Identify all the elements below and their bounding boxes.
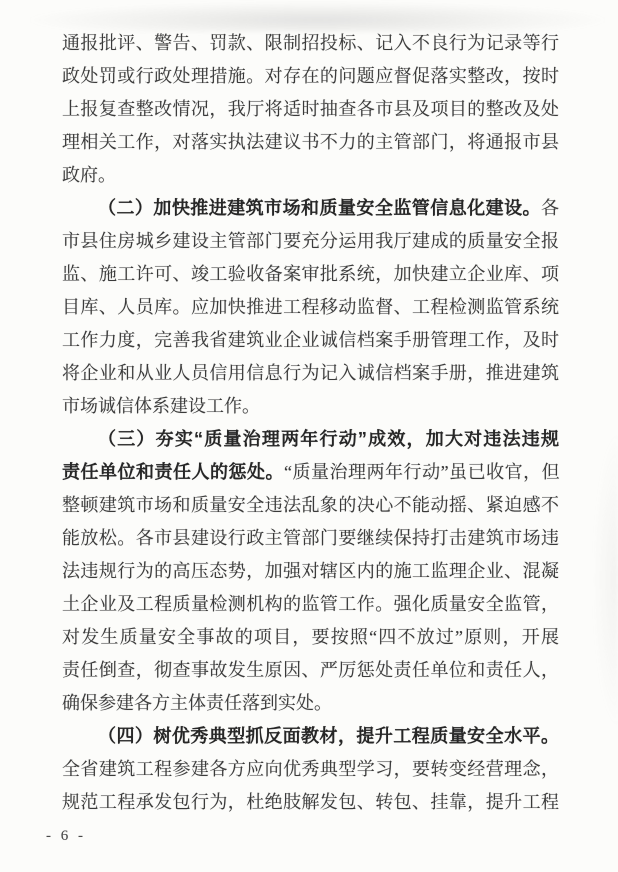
text-line: 通报批评、警告、罚款、限制招投标、记入不良行为记录等行 bbox=[62, 27, 559, 60]
text-segment: 将企业和从业人员信用信息行为记入诚信档案手册，推进建筑 bbox=[62, 363, 559, 383]
paragraph: （二）加快推进建筑市场和质量安全监管信息化建设。各 市县住房城乡建设主管部门要充… bbox=[62, 192, 559, 423]
text-segment: 目库、人员库。应加快推进工程移动监督、工程检测监管系统 bbox=[62, 297, 559, 317]
paragraph: （四）树优秀典型抓反面教材，提升工程质量安全水平。 全省建筑工程参建各方应向优秀… bbox=[62, 720, 559, 819]
text-segment: 确保参建各方主体责任落到实处。 bbox=[62, 693, 332, 713]
text-line: （四）树优秀典型抓反面教材，提升工程质量安全水平。 bbox=[62, 720, 559, 753]
text-segment: 市场诚信体系建设工作。 bbox=[62, 396, 260, 416]
text-segment: 监、施工许可、竣工验收备案审批系统，加快建立企业库、项 bbox=[62, 264, 559, 284]
text-segment: 工作力度，完善我省建筑业企业诚信档案手册管理工作，及时 bbox=[62, 330, 559, 350]
heading-segment: （三）夯实“质量治理两年行动”成效，加大对违法违规 bbox=[98, 429, 559, 449]
text-segment: 通报批评、警告、罚款、限制招投标、记入不良行为记录等行 bbox=[62, 33, 559, 53]
text-line: 市县住房城乡建设主管部门要充分运用我厅建成的质量安全报 bbox=[62, 225, 559, 258]
text-line: 责任单位和责任人的惩处。“质量治理两年行动”虽已收官，但 bbox=[62, 456, 559, 489]
text-line: 能放松。各市县建设行政主管部门要继续保持打击建筑市场违 bbox=[62, 522, 559, 555]
text-segment: “质量治理两年行动”虽已收官，但 bbox=[284, 462, 559, 482]
text-line: 目库、人员库。应加快推进工程移动监督、工程检测监管系统 bbox=[62, 291, 559, 324]
text-segment: 规范工程承发包行为，杜绝肢解发包、转包、挂靠，提升工程 bbox=[62, 792, 559, 812]
text-line: 市场诚信体系建设工作。 bbox=[62, 390, 559, 423]
text-segment: 法违规行为的高压态势，加强对辖区内的施工监理企业、混凝 bbox=[62, 561, 559, 581]
text-line: 政处罚或行政处理措施。对存在的问题应督促落实整改，按时 bbox=[62, 60, 559, 93]
text-line: 规范工程承发包行为，杜绝肢解发包、转包、挂靠，提升工程 bbox=[62, 786, 559, 819]
document-page: 通报批评、警告、罚款、限制招投标、记入不良行为记录等行 政处罚或行政处理措施。对… bbox=[0, 0, 618, 872]
text-line: （三）夯实“质量治理两年行动”成效，加大对违法违规 bbox=[62, 423, 559, 456]
heading-segment: （二）加快推进建筑市场和质量安全监管信息化建设。 bbox=[98, 198, 541, 218]
paragraph: 通报批评、警告、罚款、限制招投标、记入不良行为记录等行 政处罚或行政处理措施。对… bbox=[62, 27, 559, 192]
text-segment: 上报复查整改情况，我厅将适时抽查各市县及项目的整改及处 bbox=[62, 99, 559, 119]
text-line: 理相关工作，对落实执法建议书不力的主管部门，将通报市县 bbox=[62, 126, 559, 159]
text-line: 对发生质量安全事故的项目，要按照“四不放过”原则，开展 bbox=[62, 621, 559, 654]
text-segment: 政处罚或行政处理措施。对存在的问题应督促落实整改，按时 bbox=[62, 66, 559, 86]
text-line: 土企业及工程质量检测机构的监管工作。强化质量安全监管， bbox=[62, 588, 559, 621]
text-line: 将企业和从业人员信用信息行为记入诚信档案手册，推进建筑 bbox=[62, 357, 559, 390]
heading-segment: （四）树优秀典型抓反面教材，提升工程质量安全水平。 bbox=[98, 726, 559, 746]
text-segment: 对发生质量安全事故的项目，要按照“四不放过”原则，开展 bbox=[62, 627, 559, 647]
text-line: 监、施工许可、竣工验收备案审批系统，加快建立企业库、项 bbox=[62, 258, 559, 291]
text-line: 法违规行为的高压态势，加强对辖区内的施工监理企业、混凝 bbox=[62, 555, 559, 588]
text-segment: 土企业及工程质量检测机构的监管工作。强化质量安全监管， bbox=[62, 594, 559, 614]
scan-artifact-right bbox=[592, 430, 618, 730]
text-segment: 市县住房城乡建设主管部门要充分运用我厅建成的质量安全报 bbox=[62, 231, 559, 251]
text-segment: 各 bbox=[541, 198, 559, 218]
text-segment: 全省建筑工程参建各方应向优秀典型学习，要转变经营理念， bbox=[62, 759, 559, 779]
text-line: 整顿建筑市场和质量安全违法乱象的决心不能动摇、紧迫感不 bbox=[62, 489, 559, 522]
text-line: 上报复查整改情况，我厅将适时抽查各市县及项目的整改及处 bbox=[62, 93, 559, 126]
text-segment: 整顿建筑市场和质量安全违法乱象的决心不能动摇、紧迫感不 bbox=[62, 495, 559, 515]
text-line: 全省建筑工程参建各方应向优秀典型学习，要转变经营理念， bbox=[62, 753, 559, 786]
heading-segment: 责任单位和责任人的惩处。 bbox=[62, 462, 284, 482]
text-segment: 能放松。各市县建设行政主管部门要继续保持打击建筑市场违 bbox=[62, 528, 559, 548]
document-body: 通报批评、警告、罚款、限制招投标、记入不良行为记录等行 政处罚或行政处理措施。对… bbox=[62, 27, 559, 819]
text-line: 责任倒查，彻查事故发生原因、严厉惩处责任单位和责任人， bbox=[62, 654, 559, 687]
text-line: （二）加快推进建筑市场和质量安全监管信息化建设。各 bbox=[62, 192, 559, 225]
text-line: 政府。 bbox=[62, 159, 559, 192]
text-segment: 理相关工作，对落实执法建议书不力的主管部门，将通报市县 bbox=[62, 132, 559, 152]
page-number: - 6 - bbox=[46, 826, 86, 846]
text-line: 确保参建各方主体责任落到实处。 bbox=[62, 687, 559, 720]
text-line: 工作力度，完善我省建筑业企业诚信档案手册管理工作，及时 bbox=[62, 324, 559, 357]
text-segment: 责任倒查，彻查事故发生原因、严厉惩处责任单位和责任人， bbox=[62, 660, 559, 680]
paragraph: （三）夯实“质量治理两年行动”成效，加大对违法违规 责任单位和责任人的惩处。“质… bbox=[62, 423, 559, 720]
text-segment: 政府。 bbox=[62, 165, 116, 185]
